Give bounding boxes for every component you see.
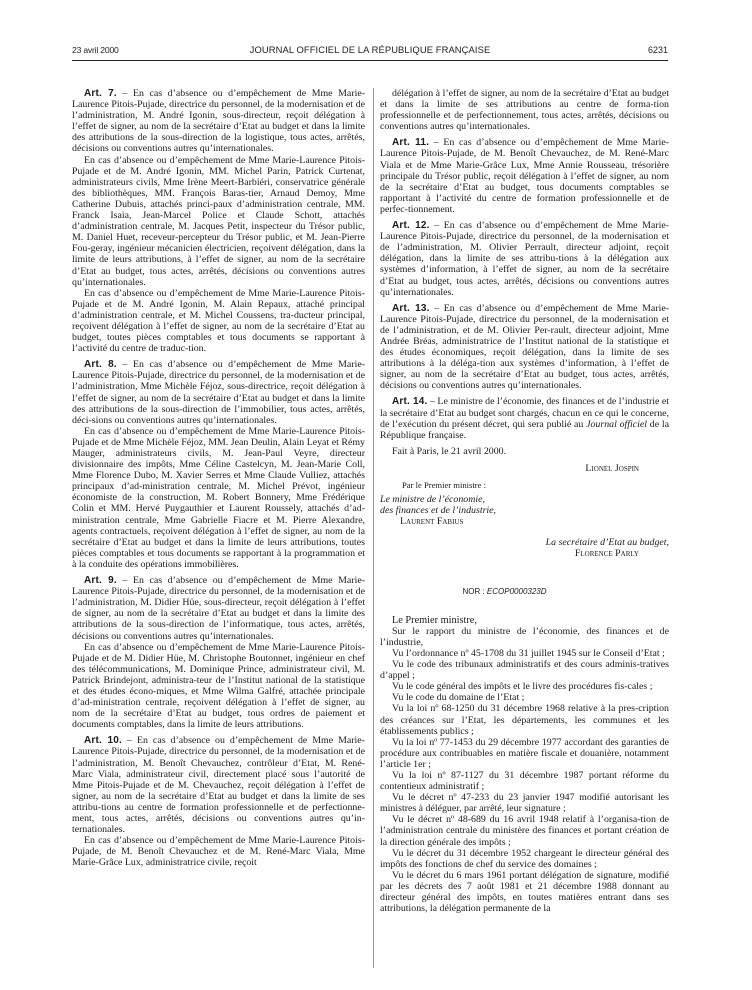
- paragraph: En cas d’absence ou d’empêchement de Mme…: [72, 642, 365, 731]
- journal-title: JOURNAL OFFICIEL DE LA RÉPUBLIQUE FRANÇA…: [72, 44, 668, 55]
- article-label: Art. 8.: [84, 359, 117, 370]
- nor-code: ECOP0000323D: [487, 587, 547, 596]
- article-14: Art. 14. – Le ministre de l’économie, de…: [380, 396, 669, 440]
- article-paragraph: Art. 9. – En cas d’absence ou d’empêchem…: [72, 575, 365, 642]
- article-label: Art. 14.: [392, 396, 428, 407]
- visa-item: Vu le code des tribunaux administratifs …: [380, 659, 669, 681]
- article-paragraph: Art. 10. – En cas d’absence ou d’empêche…: [72, 735, 365, 835]
- nor-reference: NOR : ECOP0000323D: [380, 586, 669, 597]
- article-paragraph: Art. 13. – En cas d’absence ou d’empêche…: [380, 303, 669, 392]
- article-label: Art. 13.: [392, 303, 430, 314]
- visa-item: Vu le code du domaine de l’Etat ;: [380, 692, 669, 703]
- article-label: Art. 10.: [84, 735, 122, 746]
- article-label: Art. 11.: [392, 137, 429, 148]
- visa-item: Vu la loi nº 68-1250 du 31 décembre 1968…: [380, 703, 669, 736]
- article-paragraph: Art. 11. – En cas d’absence ou d’empêche…: [380, 137, 669, 215]
- visa-item: Vu le décret du 31 décembre 1952 chargea…: [380, 848, 669, 870]
- signatory-prime-minister: Lionel Jospin: [380, 463, 669, 474]
- visas-list: Sur le rapport du ministre de l’économie…: [380, 626, 669, 914]
- article-paragraph: Art. 8. – En cas d’absence ou d’empêchem…: [72, 359, 365, 426]
- right-articles: délégation à l’effet de signer, au nom d…: [380, 88, 669, 391]
- visa-item: Vu la loi nº 87-1127 du 31 décembre 1987…: [380, 770, 669, 792]
- right-column: délégation à l’effet de signer, au nom d…: [380, 88, 669, 914]
- page-number: 6231: [648, 45, 668, 55]
- secretary-name: Florence Parly: [380, 548, 669, 559]
- page-header: 23 avril 2000 JOURNAL OFFICIEL DE LA RÉP…: [72, 43, 668, 59]
- journal-officiel-italic: Journal officiel: [586, 419, 647, 430]
- visa-item: Vu le décret nº 47-233 du 23 janvier 194…: [380, 792, 669, 814]
- premier-ministre-heading: Le Premier ministre,: [380, 615, 669, 626]
- visa-item: Vu le décret du 6 mars 1961 portant délé…: [380, 870, 669, 914]
- par-le-premier-ministre: Par le Premier ministre :: [380, 480, 669, 491]
- article-label: Art. 12.: [392, 220, 430, 231]
- visa-item: Vu le décret nº 48-689 du 16 avril 1948 …: [380, 814, 669, 847]
- visa-item: Vu le code général des impôts et le livr…: [380, 681, 669, 692]
- minister-title-line-2: des finances et de l’industrie,: [380, 505, 669, 516]
- visa-item: Sur le rapport du ministre de l’économie…: [380, 626, 669, 648]
- minister-title-line-1: Le ministre de l’économie,: [380, 494, 669, 505]
- header-rule: [72, 60, 668, 61]
- article-label: Art. 7.: [84, 88, 117, 99]
- visa-item: Vu l’ordonnance nº 45-1708 du 31 juillet…: [380, 648, 669, 659]
- paragraph: En cas d’absence ou d’empêchement de Mme…: [72, 835, 365, 868]
- visa-item: Vu la loi nº 77-1453 du 29 décembre 1977…: [380, 737, 669, 770]
- article-label: Art. 9.: [84, 575, 117, 586]
- column-divider: [373, 88, 374, 968]
- paragraph: En cas d’absence ou d’empêchement de Mme…: [72, 155, 365, 288]
- article-paragraph: Art. 12. – En cas d’absence ou d’empêche…: [380, 220, 669, 298]
- left-column: Art. 7. – En cas d’absence ou d’empêchem…: [72, 88, 365, 868]
- fait-a-paris: Fait à Paris, le 21 avril 2000.: [380, 446, 669, 457]
- article-paragraph: Art. 7. – En cas d’absence ou d’empêchem…: [72, 88, 365, 155]
- paragraph: délégation à l’effet de signer, au nom d…: [380, 88, 669, 132]
- paragraph: En cas d’absence ou d’empêchement de Mme…: [72, 426, 365, 570]
- paragraph: En cas d’absence ou d’empêchement de Mme…: [72, 288, 365, 355]
- secretary-title: La secrétaire d’Etat au budget,: [380, 537, 669, 548]
- minister-name: Laurent Fabius: [380, 516, 669, 527]
